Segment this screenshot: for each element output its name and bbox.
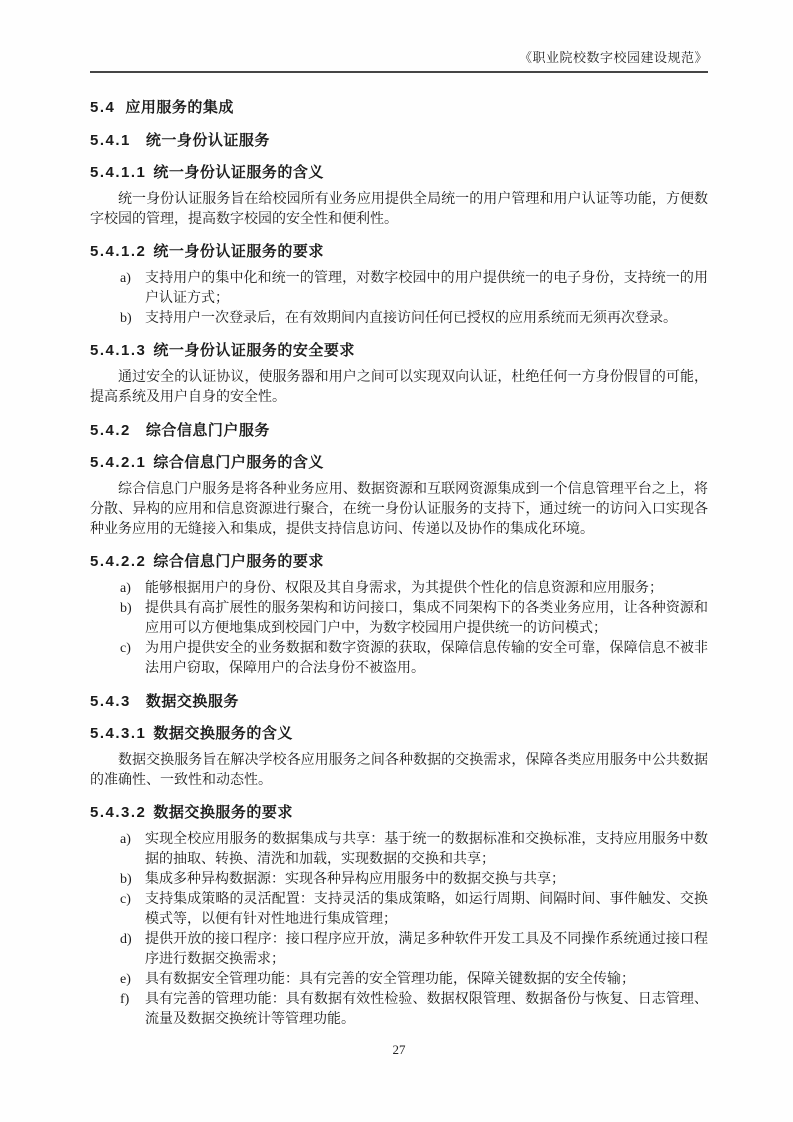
- list-text: 提供具有高扩展性的服务架构和访问接口，集成不同架构下的各类业务应用，让各种资源和…: [145, 599, 708, 639]
- section-heading-5-4-3-1: 5.4.3.1数据交换服务的含义: [90, 724, 708, 744]
- requirement-list: a)支持用户的集中化和统一的管理，对数字校园中的用户提供统一的电子身份，支持统一…: [90, 269, 708, 329]
- list-item: b)集成多种异构数据源：实现各种异构应用服务中的数据交换与共享；: [90, 870, 708, 890]
- paragraph: 统一身份认证服务旨在给校园所有业务应用提供全局统一的用户管理和用户认证等功能，方…: [90, 190, 708, 230]
- list-marker: e): [120, 970, 145, 990]
- running-header: 《职业院校数字校园建设规范》: [90, 50, 708, 73]
- list-text: 具有完善的管理功能：具有数据有效性检验、数据权限管理、数据备份与恢复、日志管理、…: [145, 990, 708, 1030]
- requirement-list: a)实现全校应用服务的数据集成与共享：基于统一的数据标准和交换标准，支持应用服务…: [90, 830, 708, 1030]
- heading-number: 5.4.1: [90, 132, 131, 149]
- section-heading-5-4-1: 5.4.1统一身份认证服务: [90, 131, 708, 151]
- section-heading-5-4: 5.4应用服务的集成: [90, 98, 708, 118]
- list-item: d)提供开放的接口程序：接口程序应开放，满足多种软件开发工具及不同操作系统通过接…: [90, 930, 708, 970]
- list-marker: a): [120, 269, 145, 309]
- section-heading-5-4-2-1: 5.4.2.1综合信息门户服务的含义: [90, 453, 708, 473]
- section-heading-5-4-3-2: 5.4.3.2数据交换服务的要求: [90, 803, 708, 823]
- page-number: 27: [90, 1042, 708, 1058]
- heading-title: 数据交换服务的含义: [153, 725, 293, 742]
- heading-number: 5.4.1.2: [90, 243, 146, 260]
- list-item: f)具有完善的管理功能：具有数据有效性检验、数据权限管理、数据备份与恢复、日志管…: [90, 990, 708, 1030]
- paragraph: 综合信息门户服务是将各种业务应用、数据资源和互联网资源集成到一个信息管理平台之上…: [90, 480, 708, 540]
- heading-title: 数据交换服务: [146, 693, 239, 710]
- list-text: 支持用户的集中化和统一的管理，对数字校园中的用户提供统一的电子身份，支持统一的用…: [145, 269, 708, 309]
- document-page: 《职业院校数字校园建设规范》 5.4应用服务的集成5.4.1统一身份认证服务5.…: [0, 0, 793, 1122]
- heading-title: 统一身份认证服务的安全要求: [153, 342, 355, 359]
- list-marker: f): [120, 990, 145, 1030]
- list-item: a)支持用户的集中化和统一的管理，对数字校园中的用户提供统一的电子身份，支持统一…: [90, 269, 708, 309]
- heading-title: 综合信息门户服务的含义: [153, 454, 324, 471]
- heading-title: 综合信息门户服务: [146, 422, 270, 439]
- list-marker: c): [120, 890, 145, 930]
- heading-number: 5.4: [90, 99, 115, 116]
- section-heading-5-4-2-2: 5.4.2.2综合信息门户服务的要求: [90, 552, 708, 572]
- list-marker: a): [120, 830, 145, 870]
- heading-number: 5.4.3.2: [90, 804, 146, 821]
- list-item: e)具有数据安全管理功能：具有完善的安全管理功能，保障关键数据的安全传输；: [90, 970, 708, 990]
- section-heading-5-4-3: 5.4.3数据交换服务: [90, 692, 708, 712]
- heading-title: 数据交换服务的要求: [153, 804, 293, 821]
- list-text: 支持集成策略的灵活配置：支持灵活的集成策略，如运行周期、间隔时间、事件触发、交换…: [145, 890, 708, 930]
- list-text: 集成多种异构数据源：实现各种异构应用服务中的数据交换与共享；: [145, 870, 708, 890]
- paragraph: 通过安全的认证协议，使服务器和用户之间可以实现双向认证，杜绝任何一方身份假冒的可…: [90, 368, 708, 408]
- list-item: b)提供具有高扩展性的服务架构和访问接口，集成不同架构下的各类业务应用，让各种资…: [90, 599, 708, 639]
- list-marker: b): [120, 599, 145, 639]
- heading-number: 5.4.1.1: [90, 164, 146, 181]
- list-item: a)能够根据用户的身份、权限及其自身需求，为其提供个性化的信息资源和应用服务；: [90, 579, 708, 599]
- section-heading-5-4-1-2: 5.4.1.2统一身份认证服务的要求: [90, 242, 708, 262]
- heading-number: 5.4.2.1: [90, 454, 146, 471]
- list-text: 能够根据用户的身份、权限及其自身需求，为其提供个性化的信息资源和应用服务；: [145, 579, 708, 599]
- heading-title: 统一身份认证服务: [146, 132, 270, 149]
- list-item: c)支持集成策略的灵活配置：支持灵活的集成策略，如运行周期、间隔时间、事件触发、…: [90, 890, 708, 930]
- list-marker: c): [120, 639, 145, 679]
- section-heading-5-4-1-1: 5.4.1.1统一身份认证服务的含义: [90, 163, 708, 183]
- heading-title: 统一身份认证服务的含义: [153, 164, 324, 181]
- list-text: 实现全校应用服务的数据集成与共享：基于统一的数据标准和交换标准，支持应用服务中数…: [145, 830, 708, 870]
- list-item: b)支持用户一次登录后，在有效期间内直接访问任何已授权的应用系统而无须再次登录。: [90, 309, 708, 329]
- heading-number: 5.4.3: [90, 693, 131, 710]
- list-marker: d): [120, 930, 145, 970]
- list-text: 支持用户一次登录后，在有效期间内直接访问任何已授权的应用系统而无须再次登录。: [145, 309, 708, 329]
- heading-number: 5.4.2.2: [90, 553, 146, 570]
- list-text: 提供开放的接口程序：接口程序应开放，满足多种软件开发工具及不同操作系统通过接口程…: [145, 930, 708, 970]
- list-marker: a): [120, 579, 145, 599]
- section-heading-5-4-1-3: 5.4.1.3统一身份认证服务的安全要求: [90, 341, 708, 361]
- list-item: a)实现全校应用服务的数据集成与共享：基于统一的数据标准和交换标准，支持应用服务…: [90, 830, 708, 870]
- list-marker: b): [120, 309, 145, 329]
- heading-title: 统一身份认证服务的要求: [153, 243, 324, 260]
- heading-title: 综合信息门户服务的要求: [153, 553, 324, 570]
- list-marker: b): [120, 870, 145, 890]
- document-body: 5.4应用服务的集成5.4.1统一身份认证服务5.4.1.1统一身份认证服务的含…: [90, 98, 708, 1030]
- heading-number: 5.4.1.3: [90, 342, 146, 359]
- paragraph: 数据交换服务旨在解决学校各应用服务之间各种数据的交换需求，保障各类应用服务中公共…: [90, 751, 708, 791]
- heading-number: 5.4.3.1: [90, 725, 146, 742]
- list-item: c)为用户提供安全的业务数据和数字资源的获取，保障信息传输的安全可靠，保障信息不…: [90, 639, 708, 679]
- section-heading-5-4-2: 5.4.2综合信息门户服务: [90, 421, 708, 441]
- heading-title: 应用服务的集成: [125, 99, 234, 116]
- requirement-list: a)能够根据用户的身份、权限及其自身需求，为其提供个性化的信息资源和应用服务；b…: [90, 579, 708, 679]
- list-text: 为用户提供安全的业务数据和数字资源的获取，保障信息传输的安全可靠，保障信息不被非…: [145, 639, 708, 679]
- list-text: 具有数据安全管理功能：具有完善的安全管理功能，保障关键数据的安全传输；: [145, 970, 708, 990]
- heading-number: 5.4.2: [90, 422, 131, 439]
